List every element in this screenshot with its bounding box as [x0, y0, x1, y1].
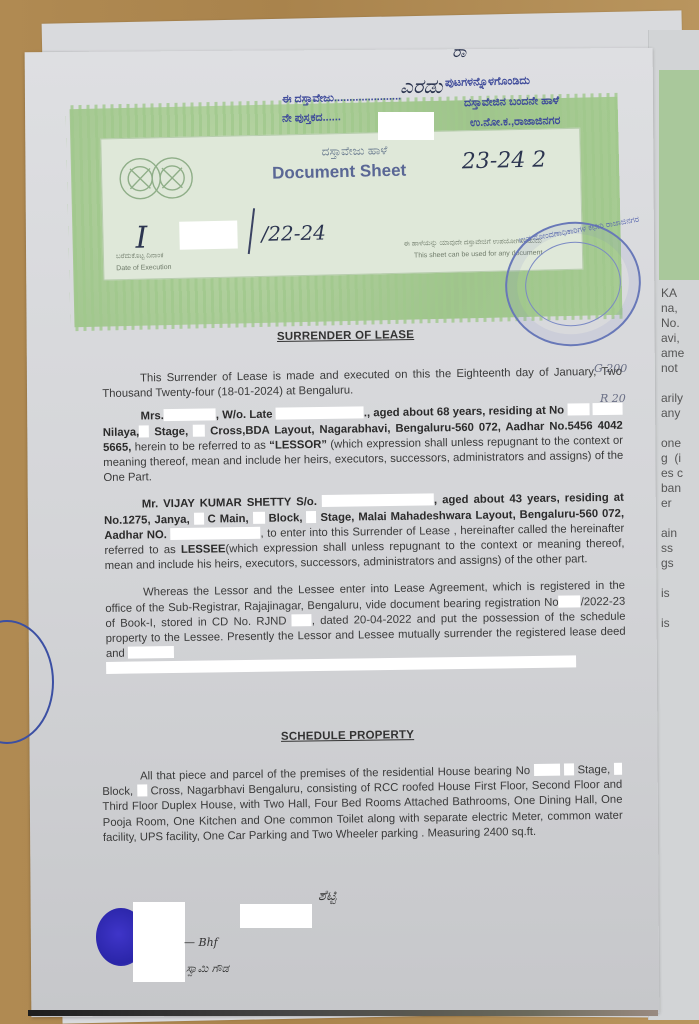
redaction [179, 220, 238, 249]
schedule-stage: Stage, [574, 764, 611, 777]
redaction [564, 763, 574, 775]
handwritten-note: ರಾ [452, 42, 466, 62]
redaction [559, 595, 581, 607]
seal-inner-ring [518, 234, 627, 333]
schedule-body: All that piece and parcel of the premise… [102, 763, 623, 846]
redaction [193, 424, 205, 436]
signature: ಶೆಟ್ಟಿ [318, 888, 336, 904]
adjacent-stamp-border [659, 70, 699, 280]
execution-date-label-kn: ಬರೆದುಕೊಟ್ಟ ದಿನಾಂಕ [116, 252, 164, 261]
lessee-name: Mr. VIJAY KUMAR SHETTY S/o. [142, 496, 317, 510]
endorsement-line-2: ನೇ ಪುಸ್ತಕದ...... [282, 111, 341, 126]
lessor-address: Nilaya, [103, 426, 140, 439]
redaction [253, 511, 265, 523]
endorsement-line-1-end: ಪುಟಗಳನ್ನೊಳಗೊಂಡಿದು [445, 75, 530, 90]
redaction [128, 646, 174, 659]
adjacent-page-text: KA na, No. avi, ame not arily any one g … [661, 286, 684, 631]
lessee-block: Block, [265, 512, 303, 525]
lessor-wo: , W/o. Late [216, 409, 273, 422]
handwritten-execution-date: /22-24 [261, 220, 326, 245]
emblem-icon [116, 149, 197, 207]
lessor-prefix: Mrs. [141, 411, 164, 423]
handwritten-stroke [248, 208, 255, 254]
schedule-title: SCHEDULE PROPERTY [281, 729, 414, 743]
page-edge-shadow [28, 1010, 658, 1016]
redaction [614, 763, 622, 775]
redaction [292, 614, 312, 626]
redaction [534, 764, 560, 776]
redaction [164, 409, 216, 422]
handwritten-initial: I [135, 221, 148, 256]
lessee-main: C Main, [204, 513, 249, 526]
stamp-kannada-title: ದಸ್ತಾವೇಜು ಹಾಳೆ [321, 143, 387, 159]
redaction [593, 403, 623, 415]
endorsement-line-3-end: ಉ.ನೋ.ಕ.,ರಾಜಾಜಿನಗರ [470, 115, 561, 130]
stamp-title: Document Sheet [272, 161, 407, 184]
redaction [137, 785, 147, 797]
whereas-part1: Whereas the Lessor and the Lessee enter … [105, 580, 625, 614]
intro-paragraph: This Surrender of Lease is made and exec… [102, 365, 622, 403]
document-title: SURRENDER OF LEASE [277, 329, 414, 343]
lessee-role: LESSEE [181, 543, 226, 556]
lessor-paragraph: Mrs., W/o. Late ., aged about 68 years, … [103, 403, 624, 486]
schedule-part2: Cross, Nagarbhavi Bengaluru, consisting … [102, 779, 622, 844]
redaction [106, 656, 576, 675]
redaction [240, 904, 312, 928]
handwritten-pages: ಎರಡು [400, 74, 443, 98]
lessor-role: “LESSOR” [269, 439, 327, 452]
lessor-details: ., aged about 68 years, residing at No [364, 405, 564, 420]
signature: ಸ್ವಾಮಿ ಗೌಡ [186, 962, 229, 976]
lessee-paragraph: Mr. VIJAY KUMAR SHETTY S/o. , aged about… [104, 491, 625, 574]
schedule-block: Block, [102, 786, 133, 798]
redaction [276, 407, 364, 420]
redaction [133, 902, 185, 982]
whereas-paragraph: Whereas the Lessor and the Lessee enter … [105, 579, 626, 677]
signature: — Bhf [184, 936, 218, 949]
lessor-rest: herein to be referred to as [131, 439, 269, 453]
redaction [322, 494, 434, 508]
redaction [170, 527, 260, 540]
execution-date-label: Date of Execution [116, 264, 171, 272]
redaction [567, 404, 589, 416]
redaction [194, 512, 204, 524]
endorsement-line-2-end: ದಸ್ತಾವೇಜಿನ ಬಂದನೇ ಹಾಳೆ [464, 95, 559, 110]
redaction [378, 112, 434, 140]
handwritten-serial: 23-24 2 [462, 147, 547, 174]
document-body: This Surrender of Lease is made and exec… [102, 365, 626, 678]
schedule-paragraph: All that piece and parcel of the premise… [102, 763, 623, 846]
lessor-stage: Stage, [149, 425, 188, 438]
